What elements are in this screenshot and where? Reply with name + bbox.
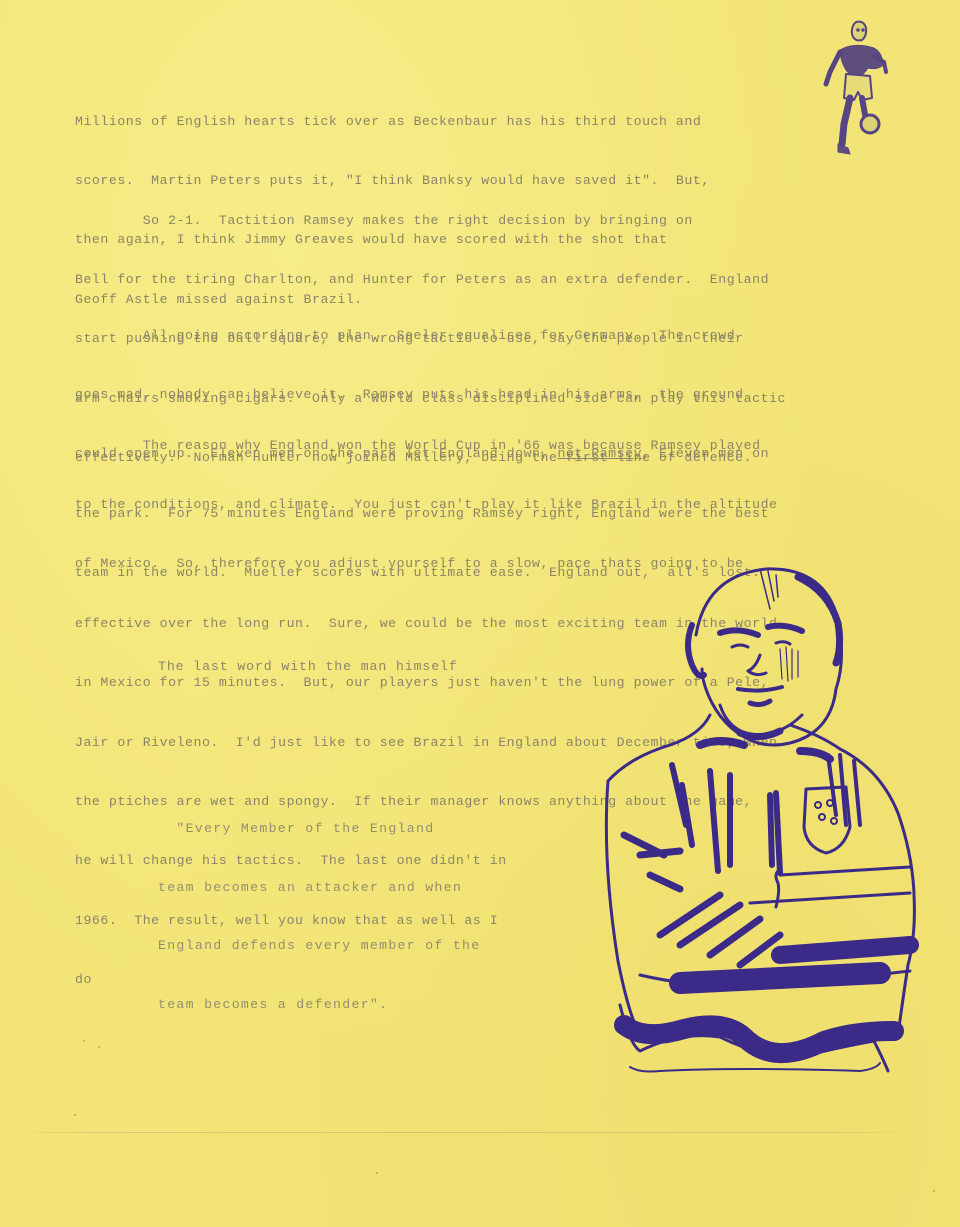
quote-line: England defends every member of the [158, 936, 480, 956]
section-heading: The last word with the man himself [158, 659, 458, 674]
quote-line: team becomes a defender". [158, 995, 480, 1015]
text-line: So 2-1. Tactition Ramsey makes the right… [75, 211, 865, 231]
paper-speck [376, 1172, 378, 1174]
fold-line [10, 1132, 930, 1133]
text-line: The reason why England won the World Cup… [75, 436, 865, 456]
paper-speck [933, 1190, 935, 1192]
text-line: Millions of English hearts tick over as … [75, 112, 865, 132]
manager-portrait-drawing-icon [600, 555, 920, 1080]
text-line: to the conditions, and climate. You just… [75, 495, 865, 515]
text-line: All going according to plan. Seeler equa… [75, 326, 865, 346]
paper-speck [98, 1046, 100, 1048]
quote-line: team becomes an attacker and when [158, 878, 480, 898]
paper-speck [74, 1114, 76, 1116]
quote-line: "Every Member of the England [158, 819, 480, 839]
paper-speck [83, 1040, 85, 1042]
ramsey-quote: "Every Member of the England team become… [158, 780, 480, 1053]
paper-page: Millions of English hearts tick over as … [0, 0, 960, 1227]
footballer-drawing-icon [812, 16, 892, 158]
